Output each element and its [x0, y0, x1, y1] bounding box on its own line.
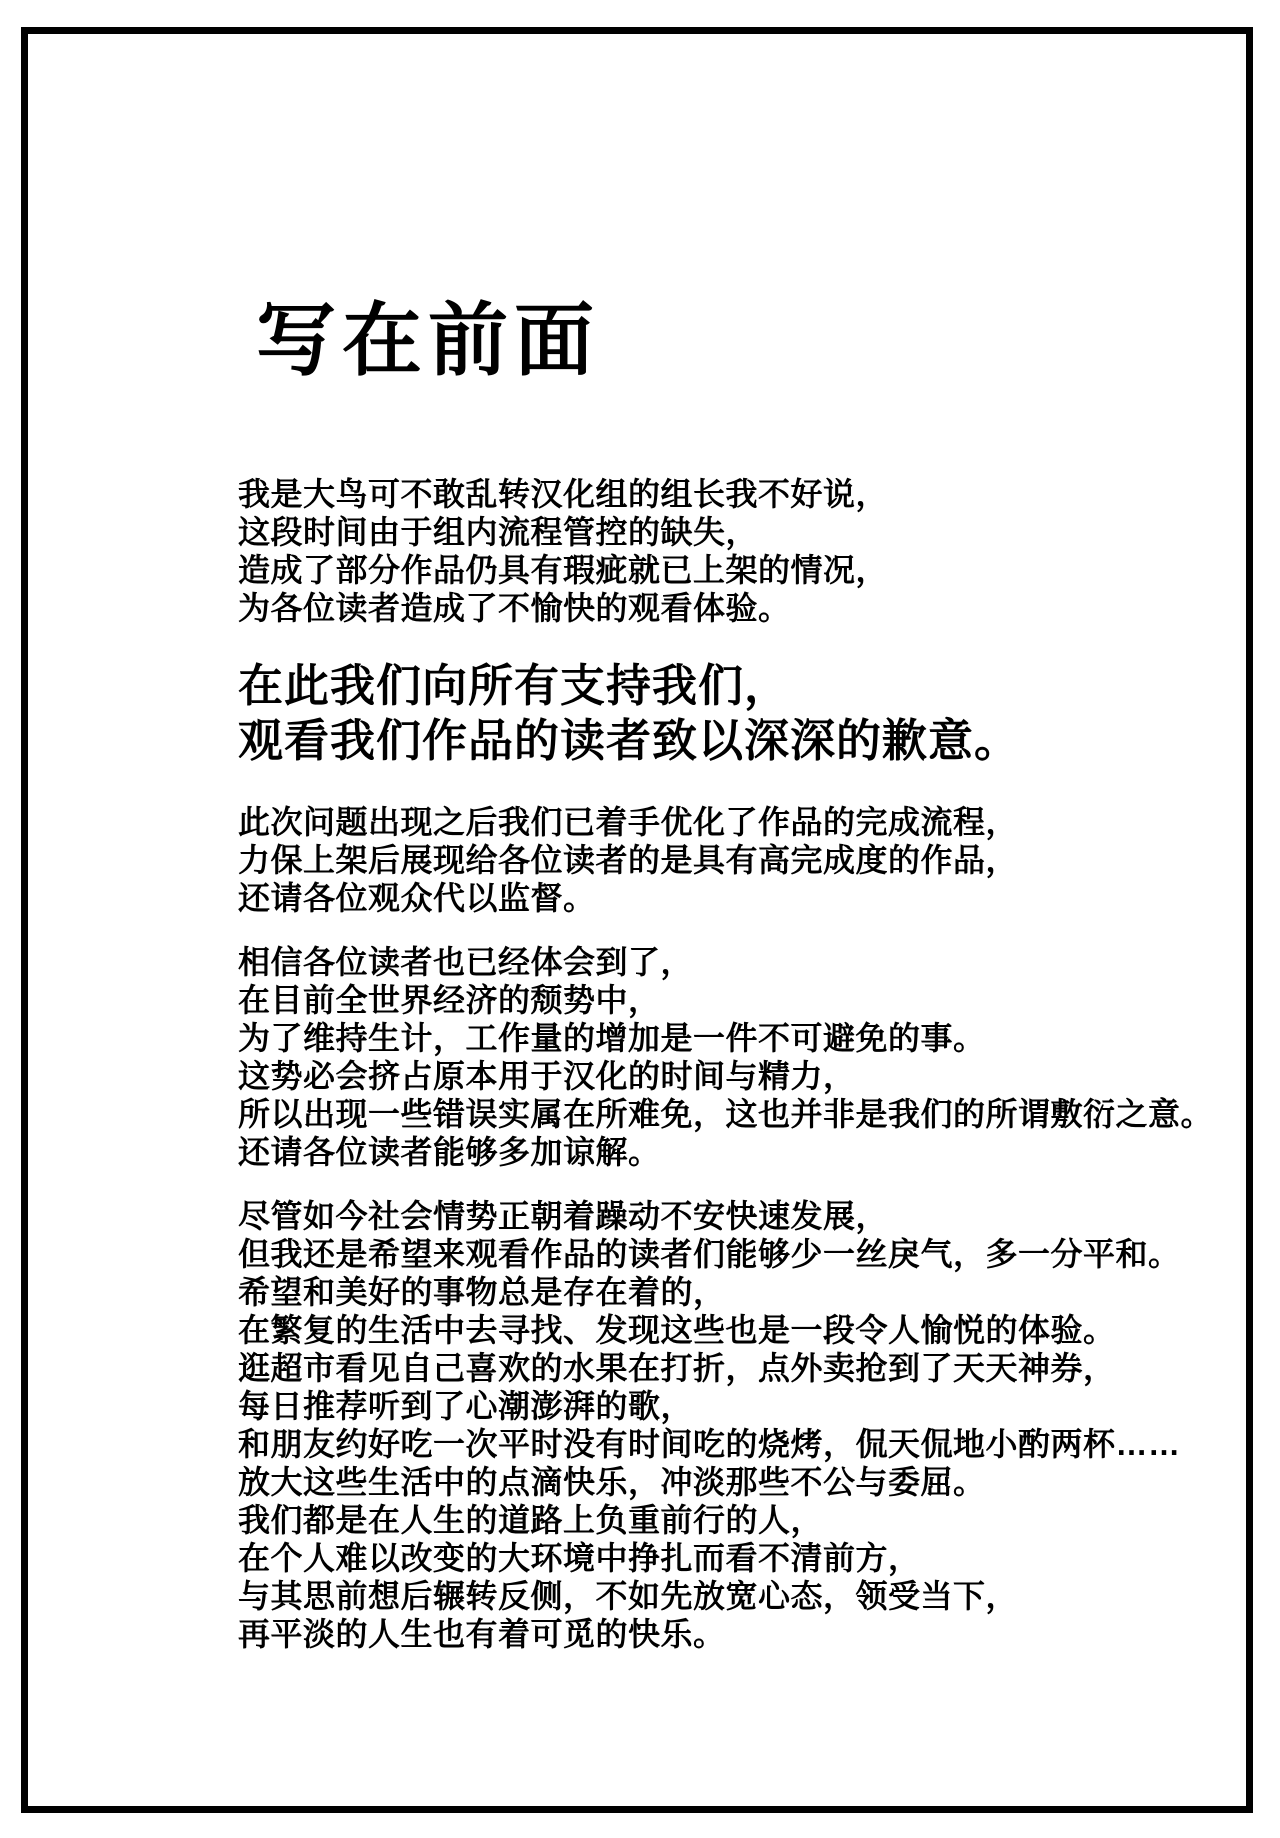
text-line: 所以出现一些错误实属在所难免，这也并非是我们的所谓敷衍之意。: [238, 1095, 1238, 1133]
page-border-frame: 写在前面 我是大鸟可不敢乱转汉化组的组长我不好说，这段时间由于组内流程管控的缺失…: [21, 27, 1253, 1813]
page-title: 写在前面: [256, 300, 1238, 382]
text-line: 为了维持生计，工作量的增加是一件不可避免的事。: [238, 1019, 1238, 1057]
text-line: 希望和美好的事物总是存在着的，: [238, 1273, 1238, 1311]
text-line: 在此我们向所有支持我们，: [238, 658, 1238, 713]
text-line: 再平淡的人生也有着可觅的快乐。: [238, 1615, 1238, 1653]
text-line: 放大这些生活中的点滴快乐，冲淡那些不公与委屈。: [238, 1463, 1238, 1501]
text-line: 力保上架后展现给各位读者的是具有高完成度的作品，: [238, 841, 1238, 879]
text-line: 这段时间由于组内流程管控的缺失，: [238, 513, 1238, 551]
text-line: 每日推荐听到了心潮澎湃的歌，: [238, 1387, 1238, 1425]
paragraph: 我是大鸟可不敢乱转汉化组的组长我不好说，这段时间由于组内流程管控的缺失，造成了部…: [238, 475, 1238, 627]
text-line: 我是大鸟可不敢乱转汉化组的组长我不好说，: [238, 475, 1238, 513]
text-line: 还请各位读者能够多加谅解。: [238, 1133, 1238, 1171]
text-line: 与其思前想后辗转反侧，不如先放宽心态，领受当下，: [238, 1577, 1238, 1615]
text-line: 相信各位读者也已经体会到了，: [238, 943, 1238, 981]
text-line: 但我还是希望来观看作品的读者们能够少一丝戾气，多一分平和。: [238, 1235, 1238, 1273]
text-line: 还请各位观众代以监督。: [238, 879, 1238, 917]
text-line: 这势必会挤占原本用于汉化的时间与精力，: [238, 1057, 1238, 1095]
text-line: 造成了部分作品仍具有瑕疵就已上架的情况，: [238, 551, 1238, 589]
text-line: 观看我们作品的读者致以深深的歉意。: [238, 713, 1238, 768]
paragraph: 此次问题出现之后我们已着手优化了作品的完成流程，力保上架后展现给各位读者的是具有…: [238, 803, 1238, 917]
text-line: 在目前全世界经济的颓势中，: [238, 981, 1238, 1019]
paragraphs-container: 我是大鸟可不敢乱转汉化组的组长我不好说，这段时间由于组内流程管控的缺失，造成了部…: [238, 475, 1238, 1653]
text-line: 为各位读者造成了不愉快的观看体验。: [238, 589, 1238, 627]
paragraph: 尽管如今社会情势正朝着躁动不安快速发展，但我还是希望来观看作品的读者们能够少一丝…: [238, 1197, 1238, 1653]
text-line: 逛超市看见自己喜欢的水果在打折，点外卖抢到了天天神券，: [238, 1349, 1238, 1387]
text-line: 尽管如今社会情势正朝着躁动不安快速发展，: [238, 1197, 1238, 1235]
scan-page: { "colors": { "text": "#000000", "backgr…: [0, 0, 1280, 1838]
paragraph: 在此我们向所有支持我们，观看我们作品的读者致以深深的歉意。: [238, 658, 1238, 768]
page-content: 写在前面 我是大鸟可不敢乱转汉化组的组长我不好说，这段时间由于组内流程管控的缺失…: [238, 34, 1238, 1653]
text-line: 我们都是在人生的道路上负重前行的人，: [238, 1501, 1238, 1539]
text-line: 在个人难以改变的大环境中挣扎而看不清前方，: [238, 1539, 1238, 1577]
text-line: 和朋友约好吃一次平时没有时间吃的烧烤，侃天侃地小酌两杯……: [238, 1425, 1238, 1463]
text-line: 此次问题出现之后我们已着手优化了作品的完成流程，: [238, 803, 1238, 841]
text-line: 在繁复的生活中去寻找、发现这些也是一段令人愉悦的体验。: [238, 1311, 1238, 1349]
paragraph: 相信各位读者也已经体会到了，在目前全世界经济的颓势中，为了维持生计，工作量的增加…: [238, 943, 1238, 1171]
